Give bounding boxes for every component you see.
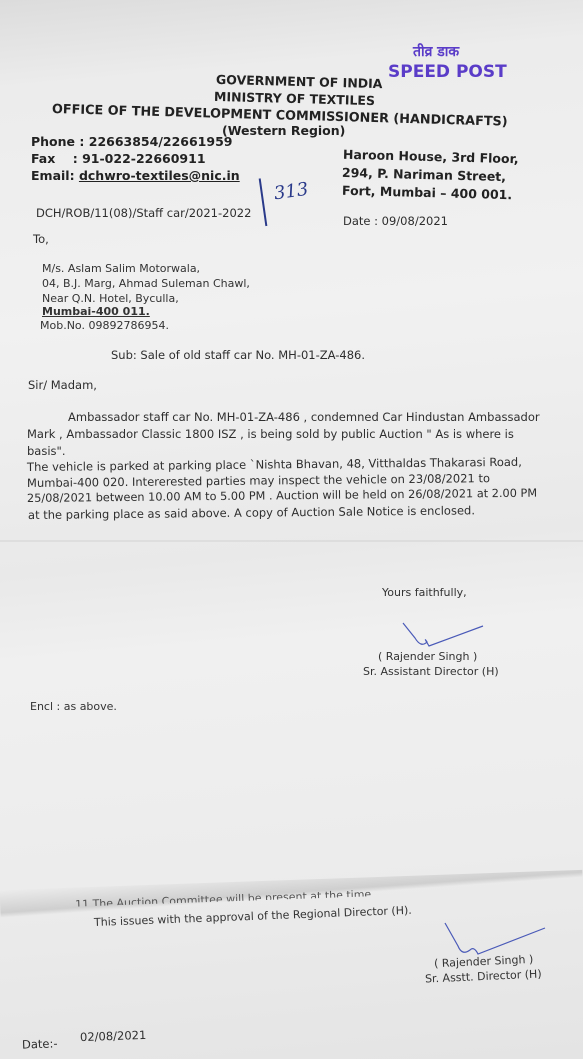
speed-post-stamp-hindi: तीव्र डाक bbox=[413, 42, 459, 61]
header-region: (Western Region) bbox=[222, 123, 345, 138]
header-government: GOVERNMENT OF INDIA bbox=[216, 72, 383, 91]
handwritten-mark bbox=[259, 178, 272, 226]
enclosure: Encl : as above. bbox=[30, 700, 117, 713]
signature-icon bbox=[395, 620, 490, 650]
speed-post-stamp: SPEED POST bbox=[388, 62, 507, 82]
signatory-title: Sr. Assistant Director (H) bbox=[363, 665, 499, 678]
reference-number: DCH/ROB/11(08)/Staff car/2021-2022 bbox=[36, 206, 251, 220]
recipient-line2: 04, B.J. Marg, Ahmad Suleman Chawl, bbox=[42, 277, 250, 290]
letter-date: Date : 09/08/2021 bbox=[343, 214, 448, 228]
email-link[interactable]: dchwro-textiles@nic.in bbox=[79, 168, 240, 183]
header-ministry: MINISTRY OF TEXTILES bbox=[214, 89, 375, 108]
phone-line: Phone : 22663854/22661959 bbox=[31, 134, 232, 149]
to-label: To, bbox=[33, 232, 49, 246]
subject-line: Sub: Sale of old staff car No. MH-01-ZA-… bbox=[111, 348, 365, 362]
page2-date: 02/08/2021 bbox=[80, 1028, 147, 1044]
recipient-mobile: Mob.No. 09892786954. bbox=[40, 319, 169, 332]
signatory-name: ( Rajender Singh ) bbox=[378, 650, 477, 663]
office-address-line3: Fort, Mumbai – 400 001. bbox=[342, 183, 512, 202]
email-line: Email: dchwro-textiles@nic.in bbox=[31, 168, 240, 183]
salutation: Sir/ Madam, bbox=[28, 378, 97, 392]
recipient-line3: Near Q.N. Hotel, Byculla, bbox=[42, 292, 179, 305]
body-line: Ambassador staff car No. MH-01-ZA-486 , … bbox=[68, 410, 540, 424]
body-line: basis". bbox=[27, 444, 65, 458]
body-line: at the parking place as said above. A co… bbox=[28, 503, 475, 522]
fax-line: Fax : 91-022-22660911 bbox=[31, 151, 206, 166]
body-line: 25/08/2021 between 10.00 AM to 5.00 PM .… bbox=[27, 487, 537, 505]
closing: Yours faithfully, bbox=[382, 586, 467, 599]
page2-signatory-title: Sr. Asstt. Director (H) bbox=[425, 967, 542, 985]
recipient-line1: M/s. Aslam Salim Motorwala, bbox=[42, 262, 200, 275]
handwritten-note: 313 bbox=[273, 179, 310, 205]
body-line: Mark , Ambassador Classic 1800 ISZ , is … bbox=[27, 427, 514, 441]
page2-date-label: Date:- bbox=[22, 1036, 58, 1051]
office-address-line2: 294, P. Nariman Street, bbox=[342, 165, 506, 184]
recipient-line4: Mumbai-400 011. bbox=[42, 305, 150, 318]
paper-fold bbox=[0, 540, 583, 542]
office-address-line1: Haroon House, 3rd Floor, bbox=[343, 147, 519, 167]
